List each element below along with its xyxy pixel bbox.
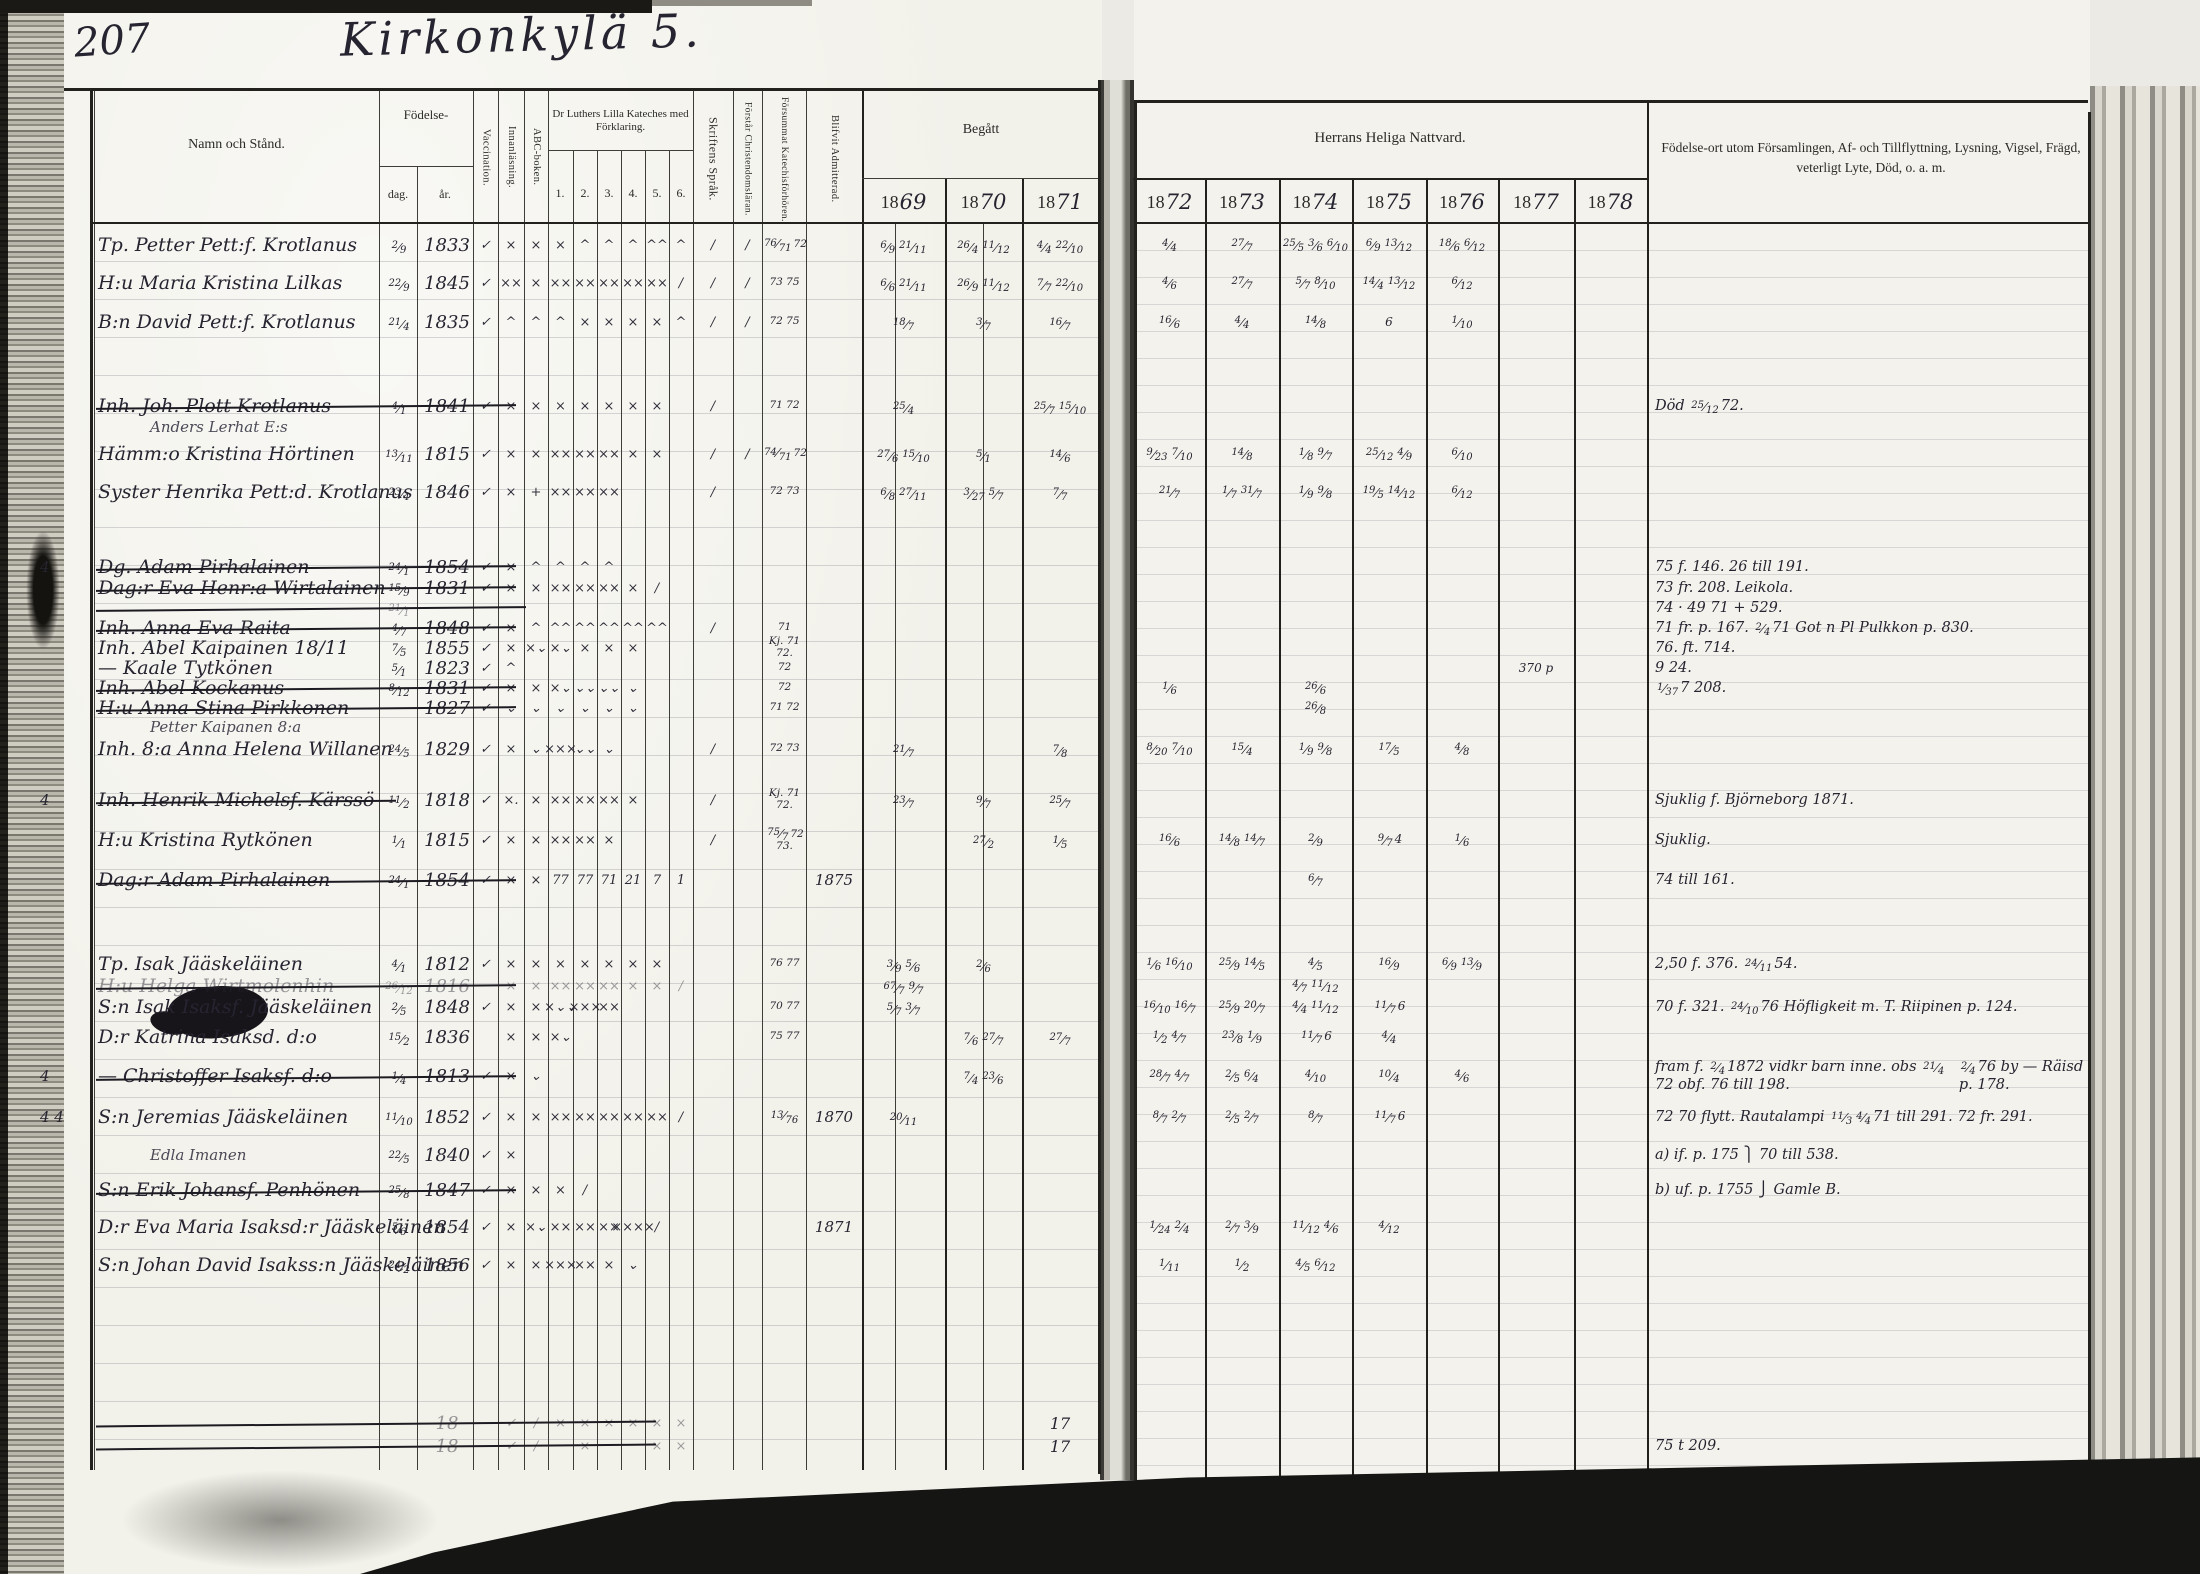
- exam-mark: ×: [621, 394, 645, 418]
- marginal-note: 70 f. 321. 24⁄1076 Höfligkeit m. T. Riip…: [1655, 996, 2087, 1018]
- exam-mark: ××: [548, 976, 573, 996]
- communion-date-left: 17: [1022, 1412, 1098, 1434]
- exam-mark: ×⌄: [524, 1208, 548, 1246]
- communion-date-right: 4⁄10: [1279, 1056, 1352, 1096]
- register-row: S:n Johan David Isakss:n Jääskeläinen24⁄…: [0, 1246, 2200, 1284]
- communion-date-right: 1⁄731⁄7: [1205, 472, 1279, 512]
- birth-year: 1835: [419, 302, 475, 342]
- communion-date-left: 16⁄7: [1022, 302, 1098, 342]
- exam-mark: ××: [645, 264, 669, 302]
- exam-mark: ××: [621, 264, 645, 302]
- exam-mark: ×: [498, 1018, 524, 1056]
- birth-day: 2⁄9: [380, 226, 418, 264]
- communion-date-left: 25⁄715⁄10: [1022, 394, 1098, 418]
- birth-day: 11⁄10: [380, 1096, 418, 1138]
- exam-mark: ×: [498, 820, 524, 860]
- exam-mark: ^: [548, 556, 573, 578]
- exam-mark: ××: [597, 1096, 621, 1138]
- header-scripture-language: Skriftens Språk.: [693, 96, 733, 222]
- register-row: Inh. 8:a Anna Helena Willanen24⁄51829✓×⌄…: [0, 736, 2200, 762]
- header-vaccination: Vaccination.: [473, 96, 498, 218]
- communion-date-right: 9⁄74: [1352, 820, 1426, 860]
- communion-date-left: 25⁄7: [1022, 780, 1098, 820]
- birth-year: 1855: [419, 638, 475, 658]
- exam-mark: ✓: [473, 996, 498, 1018]
- exam-mark: ×: [524, 820, 548, 860]
- exam-mark: ✓: [473, 658, 498, 678]
- exam-mark: ^: [498, 658, 524, 678]
- exam-mark: ××: [573, 578, 597, 598]
- communion-date-left: 6⁄921⁄11: [862, 226, 945, 264]
- exam-mark: ×: [524, 860, 548, 900]
- exam-mark: ×: [573, 302, 597, 342]
- exam-mark: ×××: [548, 736, 573, 762]
- communion-date-right: 6⁄913⁄9: [1426, 952, 1498, 976]
- exam-mark: ×: [548, 952, 573, 976]
- birth-day: 22⁄5: [380, 1138, 418, 1172]
- exam-mark: ×: [597, 820, 621, 860]
- person-name: H:u Maria Kristina Lilkas: [98, 264, 380, 302]
- exam-mark: ^: [524, 618, 548, 638]
- communion-date-left: 25⁄4: [862, 394, 945, 418]
- birth-day: 15⁄2: [380, 1018, 418, 1056]
- exam-mark: ✓: [473, 436, 498, 472]
- exam-mark: ×: [573, 952, 597, 976]
- exam-mark: ××: [548, 780, 573, 820]
- communion-date-right: 1⁄24⁄7: [1134, 1018, 1205, 1056]
- exam-mark: ××: [548, 1208, 573, 1246]
- person-name: Syster Henrika Pett:d. Krotlanus: [98, 472, 380, 512]
- exam-mark: ×⌄: [548, 678, 573, 698]
- communion-date-right: 25⁄920⁄7: [1205, 996, 1279, 1018]
- header-communion-right: Herrans Heliga Nattvard.: [1133, 118, 1647, 158]
- exam-mark: 71: [597, 860, 621, 900]
- exam-mark: ⌄⌄: [573, 678, 597, 698]
- communion-date-right: 2⁄73⁄9: [1205, 1208, 1279, 1246]
- communion-date-right: 26⁄8: [1279, 698, 1352, 718]
- person-name: D:r Katrina Isaksd. d:o: [98, 1018, 380, 1056]
- exam-mark: ×: [498, 436, 524, 472]
- exam-mark: ⌄: [597, 698, 621, 718]
- exam-mark: ××: [597, 976, 621, 996]
- exam-mark: /: [693, 264, 733, 302]
- exam-mark: ××: [548, 436, 573, 472]
- birth-day: 24⁄5: [380, 736, 418, 762]
- horizontal-rule: [1134, 222, 2088, 224]
- exam-mark: ✓: [473, 1096, 498, 1138]
- register-row: Tp. Petter Pett:f. Krotlanus2⁄91833✓×××^…: [0, 226, 2200, 264]
- communion-date-right: 26⁄6: [1279, 678, 1352, 698]
- header-understands-christianity: Förstår Christen­domsläran.: [733, 96, 762, 222]
- register-row: B:n David Pett:f. Krotlanus21⁄41835✓^^^×…: [0, 302, 2200, 342]
- missed-exams-note: 76 77: [762, 952, 807, 976]
- exam-mark: ^^: [645, 618, 669, 638]
- communion-date-right: 8⁄207⁄10: [1134, 736, 1205, 762]
- exam-mark: /: [733, 436, 762, 472]
- missed-exams-note: 13⁄76: [762, 1096, 807, 1138]
- exam-mark: ×: [645, 976, 669, 996]
- communion-date-right: 2⁄56⁄4: [1205, 1056, 1279, 1096]
- exam-mark: ××: [573, 1208, 597, 1246]
- exam-mark: /: [693, 302, 733, 342]
- exam-mark: ×: [621, 578, 645, 598]
- horizontal-rule: [862, 178, 1098, 179]
- exam-mark: ×: [597, 394, 621, 418]
- communion-date-left: 6⁄827⁄11: [862, 472, 945, 512]
- birth-day: 13⁄11: [380, 436, 418, 472]
- exam-mark: ^^: [645, 226, 669, 264]
- communion-date-right: 11⁄124⁄6: [1279, 1208, 1352, 1246]
- birth-day: 24⁄2: [380, 1246, 418, 1284]
- exam-mark: ×: [621, 780, 645, 820]
- missed-exams-note: 72 73: [762, 736, 807, 762]
- exam-mark: ^^: [573, 618, 597, 638]
- birth-year: 1856: [419, 1246, 475, 1284]
- birth-day: 5⁄1: [380, 658, 418, 678]
- communion-year-right: 1876: [1426, 182, 1498, 222]
- birth-year: 1845: [419, 264, 475, 302]
- communion-date-right: 1⁄99⁄8: [1279, 736, 1352, 762]
- exam-mark: ✓: [473, 226, 498, 264]
- communion-date-left: 3⁄275⁄7: [945, 472, 1022, 512]
- register-row: Dag:r Adam Pirhalainen24⁄11854✓××7777712…: [0, 860, 2200, 900]
- horizontal-rule: [1133, 178, 1647, 180]
- communion-date-right: 11⁄76: [1279, 1018, 1352, 1056]
- communion-date-right: 19⁄514⁄12: [1352, 472, 1426, 512]
- exam-mark: ^: [597, 226, 621, 264]
- exam-mark: ✓: [473, 736, 498, 762]
- header-catechism: Dr Luthers Lilla Kateches med Förklaring…: [548, 94, 693, 148]
- marginal-note: 74 · 49 71 + 529.: [1655, 598, 2087, 618]
- exam-mark: ✓: [473, 1208, 498, 1246]
- missed-exams-note: 71 72: [762, 698, 807, 718]
- exam-mark: /: [573, 1172, 597, 1208]
- communion-date-left: 7⁄423⁄6: [945, 1056, 1022, 1096]
- exam-mark: ⌄: [524, 698, 548, 718]
- communion-date-right: 4⁄411⁄12: [1279, 996, 1352, 1018]
- exam-mark: ✓: [473, 780, 498, 820]
- register-row: D:r Katrina Isaksd. d:o15⁄21836×××⌄75 77…: [0, 1018, 2200, 1056]
- exam-mark: ⌄: [597, 736, 621, 762]
- exam-mark: ××: [573, 472, 597, 512]
- birth-day: 21⁄4: [380, 302, 418, 342]
- marginal-note: 75 t 209.: [1655, 1434, 2087, 1458]
- exam-mark: ×⌄: [548, 638, 573, 658]
- communion-date-right: 4⁄711⁄12: [1279, 976, 1352, 996]
- exam-mark: ××: [548, 1096, 573, 1138]
- communion-date-right: 4⁄4: [1134, 226, 1205, 264]
- communion-date-right: 23⁄81⁄9: [1205, 1018, 1279, 1056]
- communion-date-right: 16⁄6: [1134, 302, 1205, 342]
- communion-year-left: 1871: [1022, 182, 1098, 222]
- exam-mark: ✓: [473, 1246, 498, 1284]
- exam-mark: ××: [548, 820, 573, 860]
- communion-date-right: 4⁄8: [1426, 736, 1498, 762]
- exam-mark: ^: [573, 226, 597, 264]
- exam-mark: ××: [548, 264, 573, 302]
- header-catechism-col: 2.: [573, 168, 597, 218]
- missed-exams-note: 72: [762, 658, 807, 678]
- person-name: H:u Kristina Rytkönen: [98, 820, 380, 860]
- exam-mark: ×: [621, 302, 645, 342]
- birth-year: 1854: [419, 1208, 475, 1246]
- header-birth-year: år.: [417, 172, 473, 216]
- exam-mark: ×: [524, 226, 548, 264]
- missed-exams-note: 73 75: [762, 264, 807, 302]
- exam-mark: ×.: [498, 780, 524, 820]
- exam-mark: ^: [573, 556, 597, 578]
- communion-date-right: 11⁄76: [1352, 1096, 1426, 1138]
- exam-mark: ×: [498, 1096, 524, 1138]
- exam-mark: ×: [573, 394, 597, 418]
- exam-mark: ⌄: [524, 1056, 548, 1096]
- communion-date-left: 23⁄7: [862, 780, 945, 820]
- register-row: Inh. Abel Kockanus8⁄121831✓×××⌄⌄⌄⌄⌄⌄72 1…: [0, 678, 2200, 698]
- missed-exams-note: 75⁄772 73.: [762, 820, 807, 860]
- header-notes: Födelse-ort utom Församlingen, Af- och T…: [1658, 112, 2084, 204]
- communion-date-left: 26⁄911⁄12: [945, 264, 1022, 302]
- person-name: B:n David Pett:f. Krotlanus: [98, 302, 380, 342]
- exam-mark: ^^: [548, 618, 573, 638]
- communion-date-right: 1⁄10: [1426, 302, 1498, 342]
- exam-mark: /: [669, 264, 693, 302]
- exam-mark: 1: [669, 860, 693, 900]
- exam-mark: /: [693, 472, 733, 512]
- exam-mark: ××: [573, 436, 597, 472]
- exam-mark: ×: [597, 302, 621, 342]
- exam-mark: ××: [597, 780, 621, 820]
- birth-year: 1812: [419, 952, 475, 976]
- communion-year-left: 1869: [862, 182, 945, 222]
- exam-mark: ⌄⌄: [573, 736, 597, 762]
- register-row: Petter Kaipanen 8:a: [0, 718, 2200, 736]
- exam-mark: 77: [573, 860, 597, 900]
- exam-mark: ×: [524, 264, 548, 302]
- communion-date-right: 1⁄11: [1134, 1246, 1205, 1284]
- birth-day: 2⁄5: [380, 996, 418, 1018]
- marginal-note: fram f. 2⁄41872 vidkr barn inne. obs 21⁄…: [1655, 1056, 2087, 1096]
- exam-mark: /: [693, 394, 733, 418]
- exam-mark: ××: [573, 976, 597, 996]
- register-row: 21⁄174 · 49 71 + 529.: [0, 598, 2200, 618]
- exam-mark: ×: [498, 226, 524, 264]
- exam-mark: /: [645, 1208, 669, 1246]
- header-missed-catechism-exams: Försummat Kate­chisförhören.: [762, 96, 806, 222]
- person-name: Inh. 8:a Anna Helena Willanen: [98, 736, 380, 762]
- exam-mark: ××: [597, 578, 621, 598]
- register-row: S:n Erik Johansf. Penhönen25⁄81847✓×××/b…: [0, 1172, 2200, 1208]
- communion-date-left: 7⁄7: [1022, 472, 1098, 512]
- exam-mark: /: [693, 820, 733, 860]
- header-name: Namn och Stånd.: [94, 128, 379, 162]
- exam-mark: ^: [548, 302, 573, 342]
- communion-year-right: 1873: [1205, 182, 1279, 222]
- exam-mark: ×: [524, 952, 548, 976]
- margin-mark: 4: [40, 556, 90, 578]
- communion-date-right: 28⁄74⁄7: [1134, 1056, 1205, 1096]
- birth-year: 1818: [419, 780, 475, 820]
- birth-day: 5⁄6: [380, 1208, 418, 1246]
- missed-exams-note: Kj. 71 72.: [762, 638, 807, 658]
- exam-mark: ××: [645, 1096, 669, 1138]
- communion-date-left: 26⁄411⁄12: [945, 226, 1022, 264]
- communion-date-right: 1⁄2: [1205, 1246, 1279, 1284]
- exam-mark: ×: [573, 638, 597, 658]
- exam-mark: ×: [645, 1434, 669, 1458]
- communion-date-left: 7⁄627⁄7: [945, 1018, 1022, 1056]
- exam-mark: ×: [524, 678, 548, 698]
- communion-date-right: 14⁄8: [1279, 302, 1352, 342]
- communion-date-right: 4⁄6: [1134, 264, 1205, 302]
- communion-year-right: 1872: [1134, 182, 1205, 222]
- exam-mark: ⌄: [573, 698, 597, 718]
- communion-date-left: 7⁄722⁄10: [1022, 264, 1098, 302]
- register-row: Tp. Isak Jääskeläinen4⁄11812✓×××××××76 7…: [0, 952, 2200, 976]
- exam-mark: ×: [597, 1246, 621, 1284]
- birth-year: 1840: [419, 1138, 475, 1172]
- communion-date-right: 9⁄237⁄10: [1134, 436, 1205, 472]
- exam-mark: ××: [597, 996, 621, 1018]
- communion-date-right: 2⁄9: [1279, 820, 1352, 860]
- header-birth: Födelse-: [379, 100, 473, 130]
- exam-mark: ×: [524, 1096, 548, 1138]
- exam-mark: /: [693, 780, 733, 820]
- exam-mark: ×: [669, 1434, 693, 1458]
- communion-year-right: 1875: [1352, 182, 1426, 222]
- exam-mark: ✓: [473, 638, 498, 658]
- exam-mark: /: [693, 226, 733, 264]
- page-title: Kirkonkylä 5.: [339, 3, 703, 66]
- communion-date-right: 6⁄12: [1426, 264, 1498, 302]
- header-catechism-col: 4.: [621, 168, 645, 218]
- exam-mark: ×: [498, 1246, 524, 1284]
- header-communion-left: Begått: [862, 100, 1100, 160]
- communion-date-right: 27⁄7: [1205, 264, 1279, 302]
- exam-mark: ××: [597, 436, 621, 472]
- communion-date-left: 5⁄73⁄7: [862, 996, 945, 1018]
- margin-mark: 4: [40, 780, 90, 820]
- communion-date-right: 4⁄4: [1352, 1018, 1426, 1056]
- person-name: Tp. Isak Jääskeläinen: [98, 952, 380, 976]
- communion-year-right: 1878: [1574, 182, 1647, 222]
- communion-date-left: 5⁄1: [945, 436, 1022, 472]
- register-row: 18✓/×××17 75 t 209.: [0, 1434, 2200, 1458]
- exam-mark: ××: [573, 264, 597, 302]
- exam-mark: ⌄: [621, 678, 645, 698]
- exam-mark: ⌄: [548, 698, 573, 718]
- person-name: S:n Johan David Isakss:n Jääskeläinen: [98, 1246, 380, 1284]
- exam-mark: ×: [645, 394, 669, 418]
- exam-mark: ✓: [473, 1138, 498, 1172]
- exam-mark: ^: [597, 556, 621, 578]
- exam-mark: ××: [597, 264, 621, 302]
- admitted-year: 1870: [806, 1096, 862, 1138]
- exam-mark: /: [669, 1096, 693, 1138]
- birth-year: 1815: [419, 820, 475, 860]
- exam-mark: ××××: [621, 1208, 645, 1246]
- exam-mark: ^: [498, 302, 524, 342]
- person-name: Inh. Abel Kaipainen 18/11: [98, 638, 380, 658]
- communion-year-right: 1877: [1498, 182, 1574, 222]
- person-name: Tp. Petter Pett:f. Krotlanus: [98, 226, 380, 264]
- register-row: H:u Anna Stina Pirkkonen1827✓⌄⌄⌄⌄⌄⌄71 72…: [0, 698, 2200, 718]
- exam-mark: ×××: [573, 996, 597, 1018]
- exam-mark: 77: [548, 860, 573, 900]
- marginal-note: 71 fr. p. 167. 2⁄471 Got n Pl Pulkkon p.…: [1655, 618, 2087, 638]
- communion-date-left: 4⁄422⁄10: [1022, 226, 1098, 264]
- exam-mark: ××: [573, 1096, 597, 1138]
- person-name: S:n Jeremias Jääskeläinen: [98, 1096, 380, 1138]
- exam-mark: ^: [669, 302, 693, 342]
- exam-mark: ××: [573, 1246, 597, 1284]
- marginal-note: 72 70 flytt. Rautalampi 11⁄34⁄471 till 2…: [1655, 1096, 2087, 1138]
- communion-date-left: 2⁄6: [945, 952, 1022, 976]
- register-row: Inh. Abel Kaipainen 18/117⁄51855✓××⌄×⌄××…: [0, 638, 2200, 658]
- exam-mark: ×: [548, 226, 573, 264]
- exam-mark: ⌄⌄: [597, 678, 621, 698]
- communion-date-right: 1⁄242⁄4: [1134, 1208, 1205, 1246]
- exam-mark: ×: [645, 1412, 669, 1434]
- exam-mark: ×: [498, 1208, 524, 1246]
- marginal-note: 2,50 f. 376. 24⁄1154.: [1655, 952, 2087, 976]
- exam-mark: ×: [498, 736, 524, 762]
- marginal-note: 75 f. 146. 26 till 191.: [1655, 556, 2087, 578]
- birth-day: 4⁄1: [380, 952, 418, 976]
- birth-day: 7⁄5: [380, 638, 418, 658]
- communion-date-right: 16⁄1016⁄7: [1134, 996, 1205, 1018]
- birth-year: 1852: [419, 1096, 475, 1138]
- birth-day: 23⁄4: [380, 472, 418, 512]
- exam-mark: ×: [498, 472, 524, 512]
- register-row: Inh. Anna Eva Raita4⁄71848✓×^^^^^^^^^^^/…: [0, 618, 2200, 638]
- horizontal-rule: [64, 88, 1098, 91]
- communion-date-left: 3⁄7: [945, 302, 1022, 342]
- communion-date-right: 4⁄56⁄12: [1279, 1246, 1352, 1284]
- exam-mark: ××: [498, 264, 524, 302]
- communion-date-left: 14⁄6: [1022, 436, 1098, 472]
- horizontal-rule: [548, 150, 693, 151]
- horizontal-rule: [1134, 100, 2088, 103]
- communion-date-right: 1⁄616⁄10: [1134, 952, 1205, 976]
- communion-date-right: 17⁄5: [1352, 736, 1426, 762]
- exam-mark: ^^: [621, 618, 645, 638]
- missed-exams-note: 72 75: [762, 302, 807, 342]
- horizontal-rule: [379, 166, 473, 167]
- exam-mark: ××: [573, 780, 597, 820]
- communion-date-right: 8⁄7: [1279, 1096, 1352, 1138]
- exam-mark: /: [733, 226, 762, 264]
- exam-mark: ××: [597, 472, 621, 512]
- exam-mark: ×: [498, 996, 524, 1018]
- communion-date-right: 16⁄6: [1134, 820, 1205, 860]
- communion-date-right: 1⁄6: [1134, 678, 1205, 698]
- communion-date-left: 27⁄7: [1022, 1018, 1098, 1056]
- birth-year: 1823: [419, 658, 475, 678]
- marginal-note: 9 24.: [1655, 658, 2087, 678]
- communion-date-left: 18⁄7: [862, 302, 945, 342]
- register-row: Syster Henrika Pett:d. Krotlanus23⁄41846…: [0, 472, 2200, 512]
- missed-exams-note: 74⁄7172: [762, 436, 807, 472]
- exam-mark: ×: [621, 638, 645, 658]
- exam-mark: ✓: [473, 302, 498, 342]
- marginal-note: a) if. p. 175 ⎫ 70 till 538.: [1655, 1138, 2087, 1172]
- marginal-note: b) uf. p. 1755 ⎭ Gamle B.: [1655, 1172, 2087, 1208]
- marginal-note: 74 till 161.: [1655, 860, 2087, 900]
- exam-mark: /: [645, 578, 669, 598]
- exam-mark: ×: [524, 976, 548, 996]
- communion-date-right: 8⁄72⁄7: [1134, 1096, 1205, 1138]
- missed-exams-note: 70 77: [762, 996, 807, 1018]
